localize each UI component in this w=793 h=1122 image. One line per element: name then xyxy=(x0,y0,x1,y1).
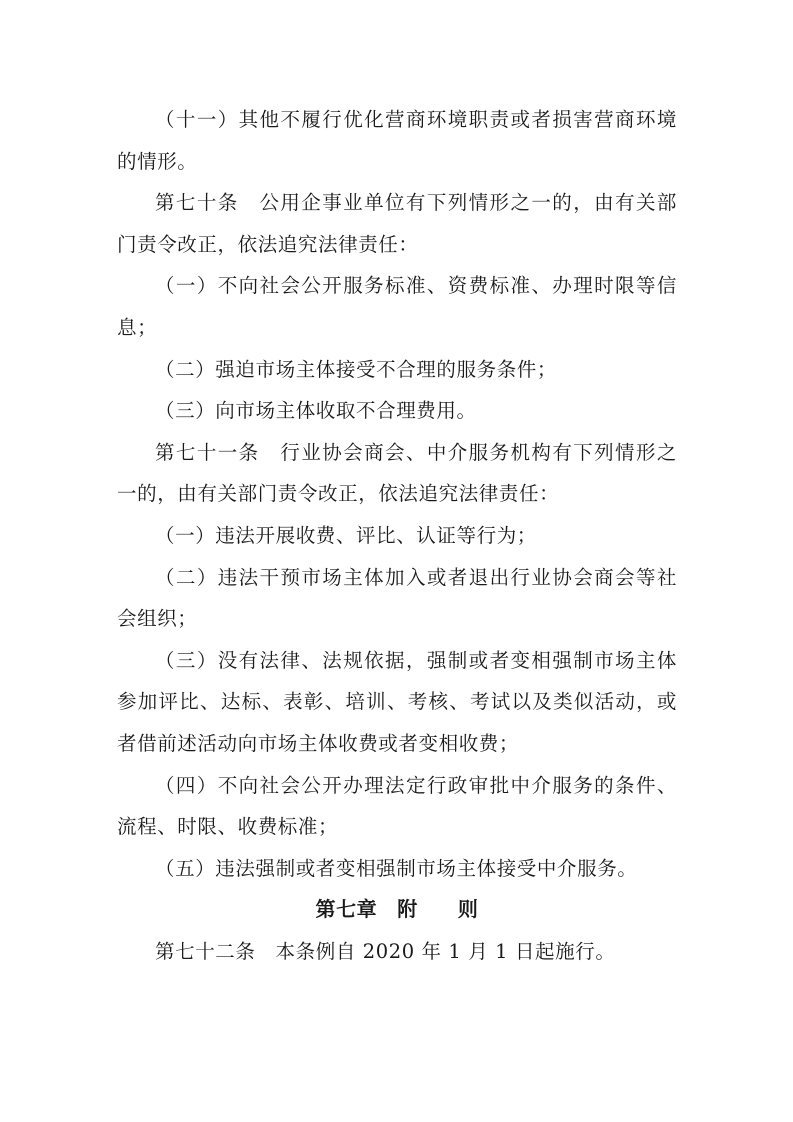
chapter-title-part2: 则 xyxy=(458,897,479,921)
paragraph-art71-item-2: （二）违法干预市场主体加入或者退出行业协会商会等社会组织； xyxy=(117,557,677,640)
article-label: 第七十一条 xyxy=(155,441,260,464)
paragraph-article-72: 第七十二条本条例自 2020 年 1 月 1 日起施行。 xyxy=(117,931,677,973)
chapter-heading: 第七章附则 xyxy=(117,889,677,931)
paragraph-article-71: 第七十一条行业协会商会、中介服务机构有下列情形之一的，由有关部门责令改正，依法追… xyxy=(117,432,677,515)
paragraph-article-70: 第七十条公用企事业单位有下列情形之一的，由有关部门责令改正，依法追究法律责任： xyxy=(117,182,677,265)
document-page: （十一）其他不履行优化营商环境职责或者损害营商环境的情形。 第七十条公用企事业单… xyxy=(117,99,677,972)
chapter-number: 第七章 xyxy=(315,897,377,921)
paragraph-art71-item-5: （五）违法强制或者变相强制市场主体接受中介服务。 xyxy=(117,848,677,890)
paragraph-art71-item-3: （三）没有法律、法规依据，强制或者变相强制市场主体参加评比、达标、表彰、培训、考… xyxy=(117,640,677,765)
article-text: 本条例自 2020 年 1 月 1 日起施行。 xyxy=(276,940,616,963)
paragraph-art70-item-1: （一）不向社会公开服务标准、资费标准、办理时限等信息； xyxy=(117,265,677,348)
paragraph-art71-item-1: （一）违法开展收费、评比、认证等行为； xyxy=(117,515,677,557)
paragraph-item-11: （十一）其他不履行优化营商环境职责或者损害营商环境的情形。 xyxy=(117,99,677,182)
paragraph-art70-item-2: （二）强迫市场主体接受不合理的服务条件； xyxy=(117,349,677,391)
article-label: 第七十条 xyxy=(155,191,239,214)
chapter-title-part1: 附 xyxy=(397,897,418,921)
article-label: 第七十二条 xyxy=(155,940,256,963)
paragraph-art70-item-3: （三）向市场主体收取不合理费用。 xyxy=(117,390,677,432)
paragraph-art71-item-4: （四）不向社会公开办理法定行政审批中介服务的条件、流程、时限、收费标准； xyxy=(117,765,677,848)
